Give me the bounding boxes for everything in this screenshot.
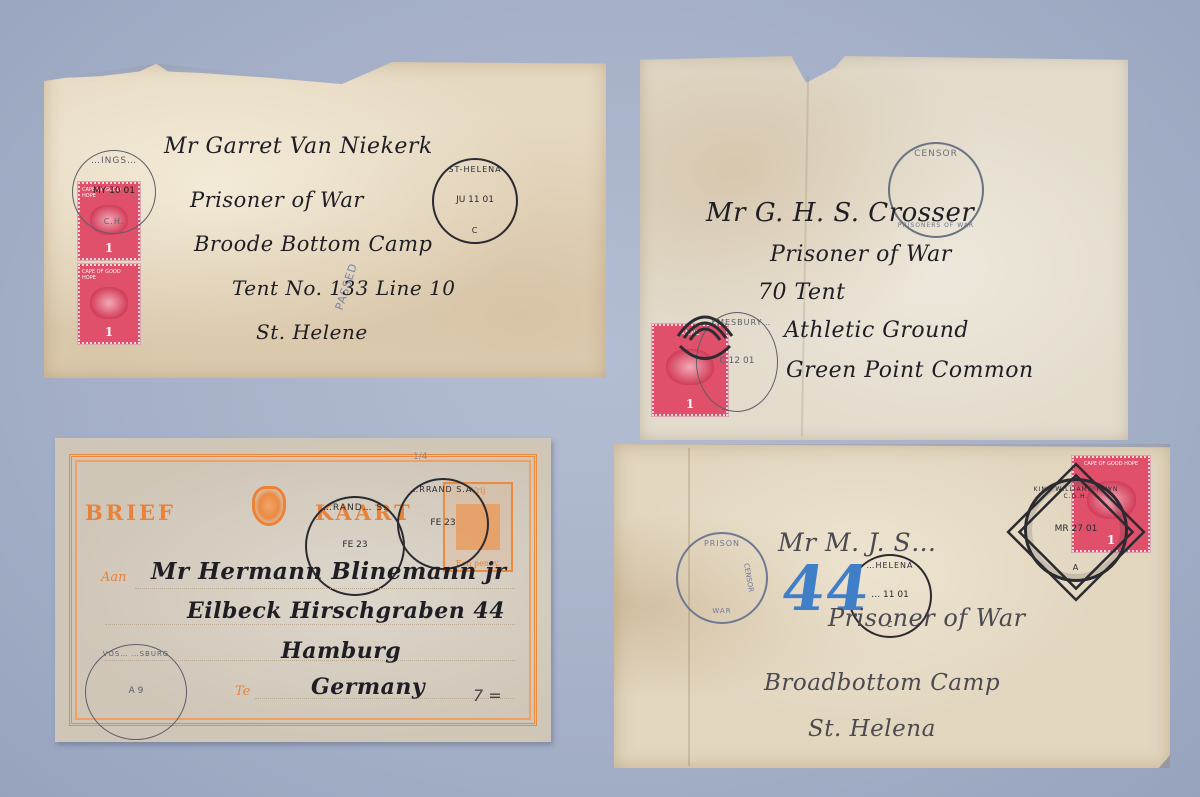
squared-circle-cancel <box>1006 462 1146 602</box>
orange-free-state-crest <box>252 486 286 526</box>
duplex-cancel-bars <box>670 296 740 376</box>
address-line-3: 70 Tent <box>758 280 845 305</box>
stamp-value: 1 <box>105 241 113 255</box>
postage-due-note: 7 = <box>473 686 502 705</box>
address-line-2: Prisoner of War <box>828 604 1026 632</box>
postmark-origin: …INGS… MY 10 01 C.H. <box>72 150 156 234</box>
address-line-4: Germany <box>311 674 425 700</box>
postcard-title-left: BRIEF <box>85 500 176 525</box>
stamp-figure <box>90 287 128 319</box>
address-line-2: Eilbeck Hirschgraben 44 <box>187 598 505 624</box>
stamp-value: 1 <box>105 325 113 339</box>
postmark-date: MY 10 01 <box>93 187 135 197</box>
address-line-2: Prisoner of War <box>190 188 364 212</box>
address-line-4: Tent No. 133 Line 10 <box>232 276 456 300</box>
stamp-value: 1 <box>686 397 694 411</box>
address-line-3: Broadbottom Camp <box>764 670 1000 696</box>
address-line-4: Athletic Ground <box>784 318 969 343</box>
envelope-broadbottom: PRISON CENSOR WAR CAPE OF GOOD HOPE 1 KI… <box>614 444 1170 768</box>
censor-prisoners-of-war: PRISON CENSOR WAR <box>676 532 768 624</box>
address-line-1: Mr M. J. S… <box>778 528 937 557</box>
address-line-1: Mr Hermann Blinemann jr <box>151 558 507 585</box>
postmark-date: … 11 01 <box>871 591 909 601</box>
address-line-5: St. Helene <box>256 320 368 344</box>
pencil-corner-note: 1/4 <box>413 452 427 462</box>
stamp-one-penny-lower: CAPE OF GOOD HOPE 1 <box>78 264 140 344</box>
postmark-date: JU 11 01 <box>456 196 494 206</box>
address-line-3: Hamburg <box>281 638 401 664</box>
postcard-brief-kaart: 1/4 BRIEF KAART Vrij Een penny. …RAND… S… <box>55 438 551 742</box>
address-line-4: St. Helena <box>808 716 936 742</box>
address-line-5: Green Point Common <box>786 358 1034 383</box>
address-guide-2 <box>105 624 515 625</box>
postmark-arrival: VOS… …SBURG A 9 <box>85 644 187 740</box>
label-te: Te <box>235 684 250 699</box>
postmark-date: FE 23 <box>430 519 455 529</box>
postmark-rand-2: …RRAND S.A. FE 23 <box>397 478 489 570</box>
postmark-st-helena: ST-HELENA JU 11 01 C <box>432 158 518 244</box>
address-line-3: Broode Bottom Camp <box>194 232 432 256</box>
label-aan: Aan <box>101 570 127 585</box>
postmark-date: FE 23 <box>342 541 367 551</box>
stamp-country: CAPE OF GOOD HOPE <box>82 269 136 281</box>
postmark-date: A 9 <box>129 687 144 697</box>
address-line-1: Mr Garret Van Niekerk <box>164 134 433 159</box>
address-line-2: Prisoner of War <box>770 242 952 267</box>
address-line-1: Mr G. H. S. Crosser <box>706 198 974 228</box>
envelope-van-niekerk: PASSED CAPE OF GOOD HOPE 1 CAPE OF GOOD … <box>44 62 606 378</box>
envelope-crosser: CENSOR PRISONERS OF WAR ANNE 1 …LMESBURY… <box>640 56 1128 440</box>
address-guide-1 <box>135 588 515 589</box>
